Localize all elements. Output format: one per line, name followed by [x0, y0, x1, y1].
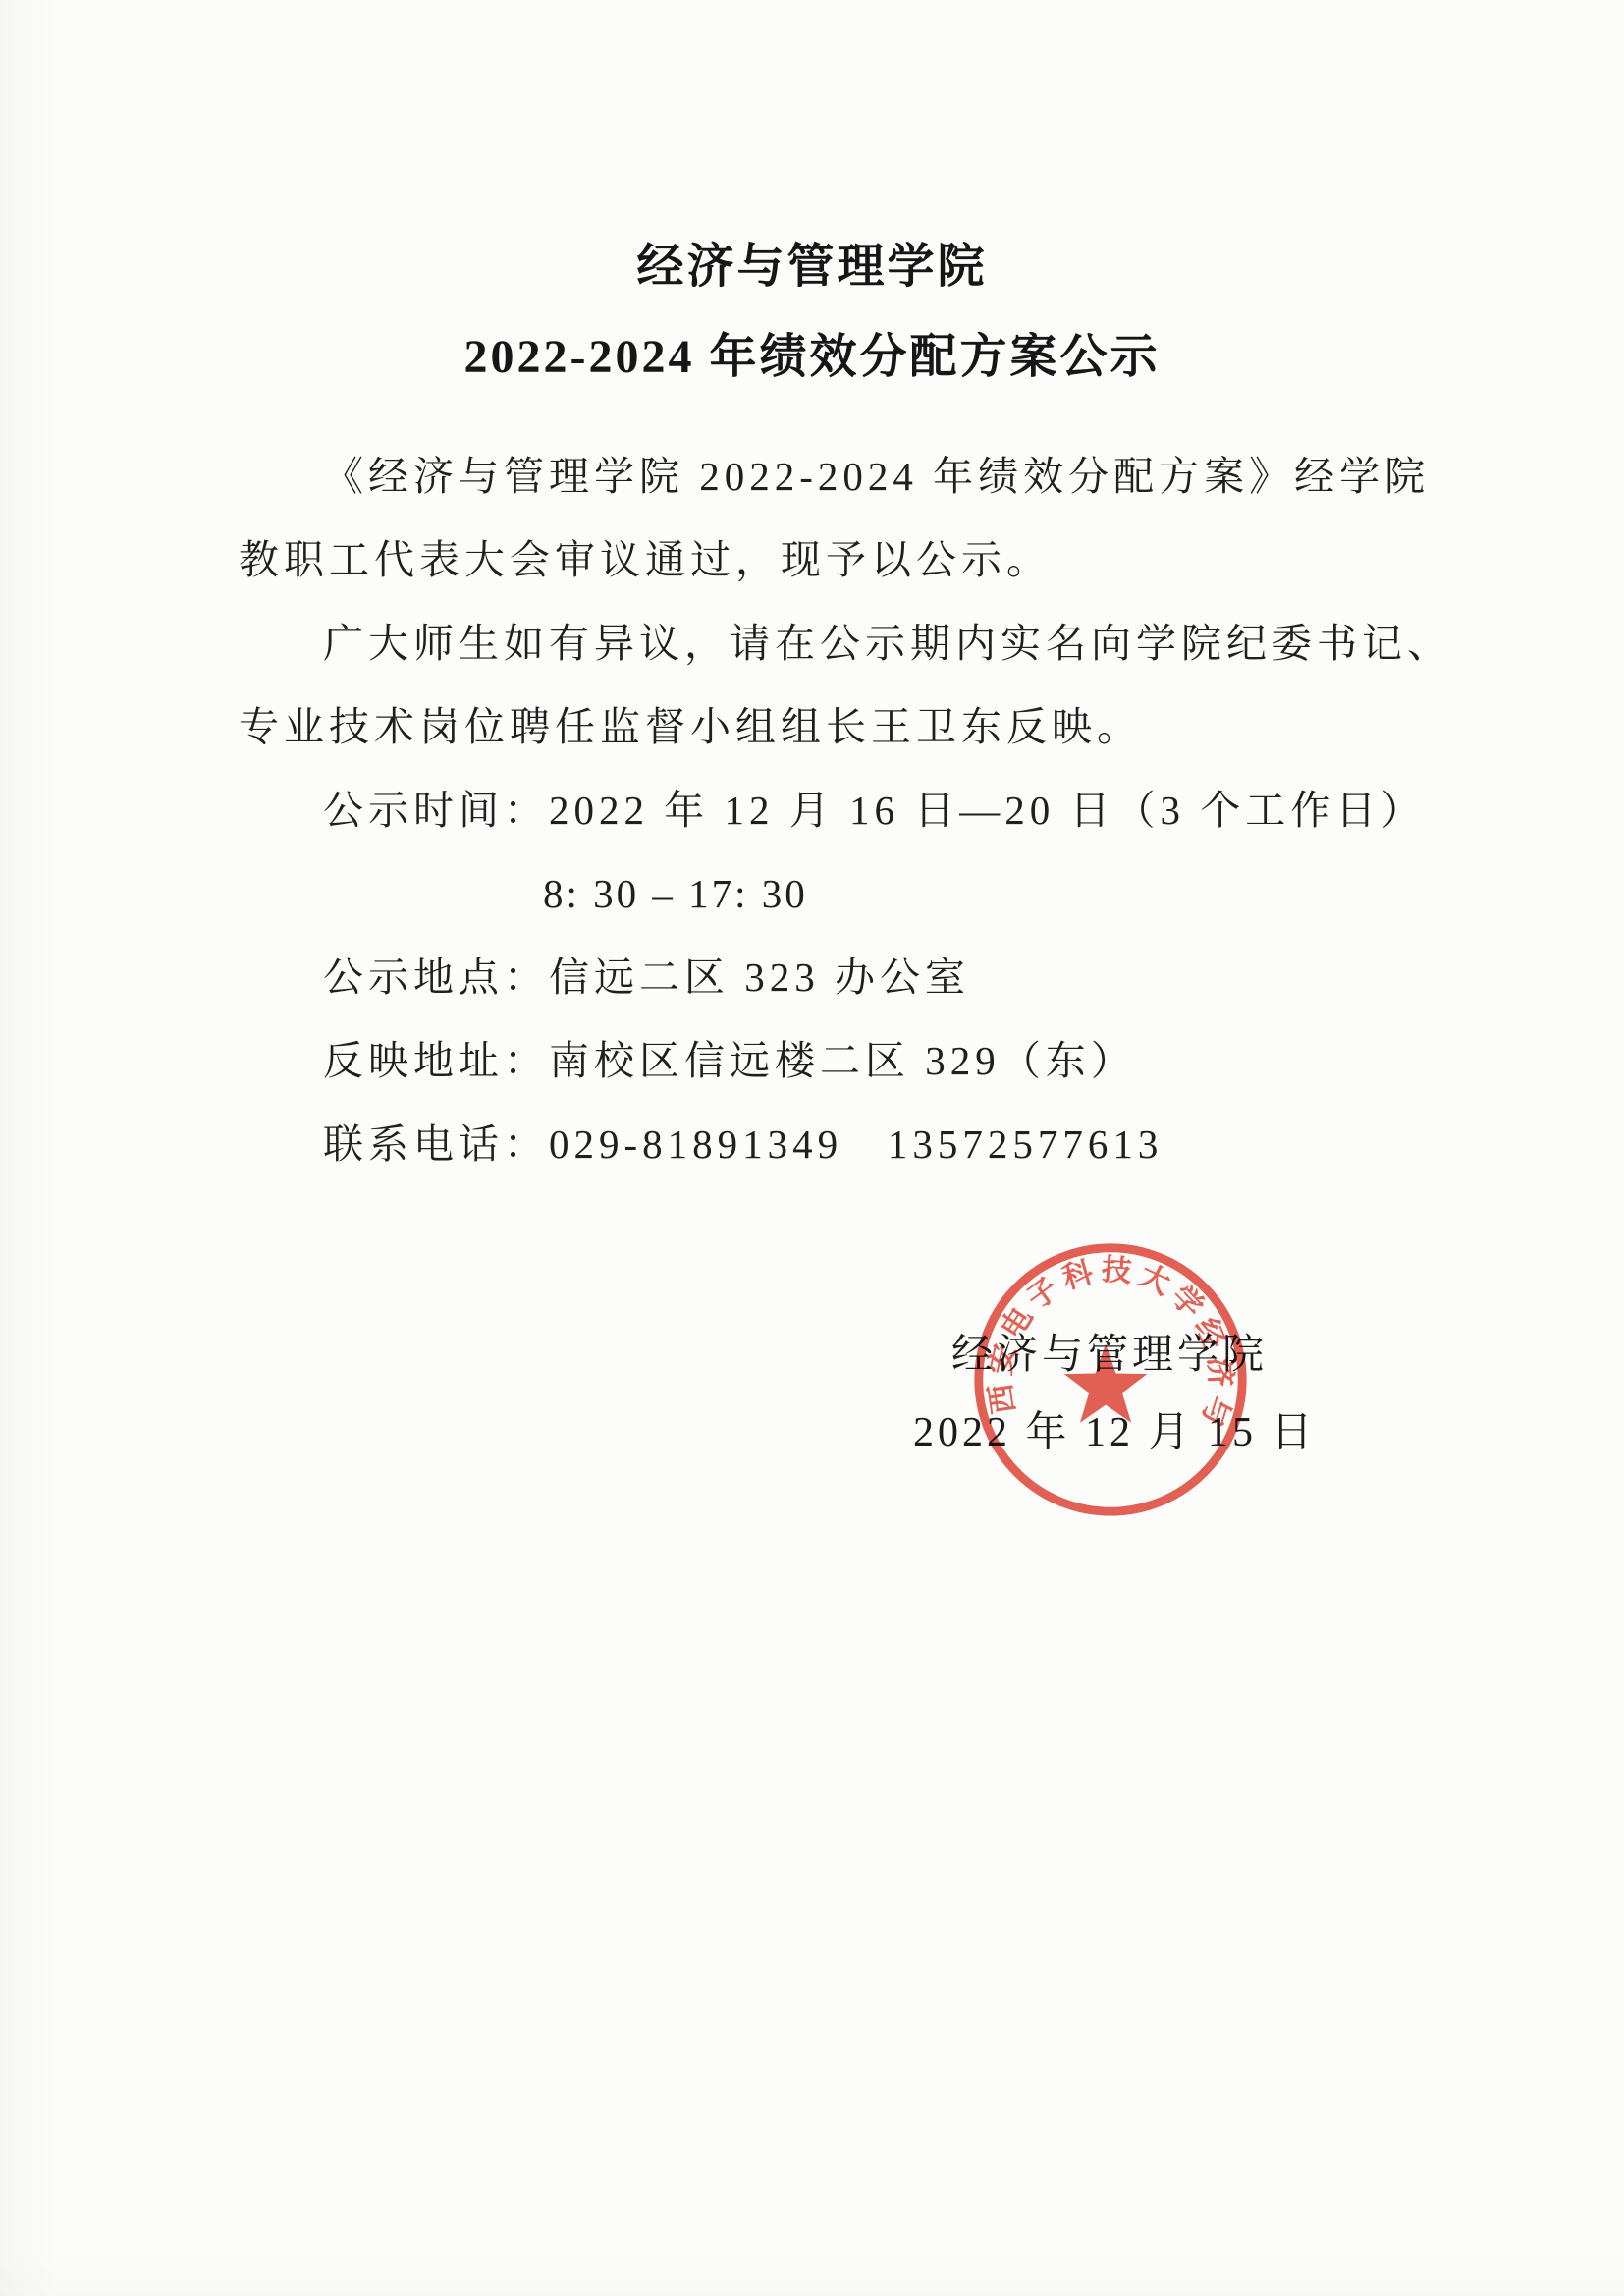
body-line: 《经济与管理学院 2022-2024 年绩效分配方案》经学院	[239, 435, 1393, 519]
contact-phone-line: 联系电话：029-81891349 13572577613	[239, 1103, 1393, 1186]
body-line: 专业技术岗位聘任监督小组组长王卫东反映。	[239, 685, 1393, 769]
notice-hours-line: 8: 30 – 17: 30	[239, 852, 1393, 936]
signature-org: 经济与管理学院	[913, 1317, 1306, 1394]
document-body: 《经济与管理学院 2022-2024 年绩效分配方案》经学院 教职工代表大会审议…	[239, 435, 1393, 1186]
feedback-address-line: 反映地址：南校区信远楼二区 329（东）	[239, 1019, 1393, 1103]
signature-block: 经济与管理学院 2022 年 12 月 15 日	[913, 1317, 1306, 1472]
signature-date: 2022 年 12 月 15 日	[913, 1394, 1306, 1472]
notice-time-line: 公示时间：2022 年 12 月 16 日—20 日（3 个工作日）	[239, 769, 1393, 852]
title-line-2: 2022-2024 年绩效分配方案公示	[0, 312, 1624, 403]
body-line: 广大师生如有异议，请在公示期内实名向学院纪委书记、	[239, 602, 1393, 685]
title-line-1: 经济与管理学院	[0, 222, 1624, 312]
notice-location-line: 公示地点：信远二区 323 办公室	[239, 936, 1393, 1019]
scanned-document-page: 经济与管理学院 2022-2024 年绩效分配方案公示 《经济与管理学院 202…	[0, 0, 1624, 2296]
body-line: 教职工代表大会审议通过，现予以公示。	[239, 519, 1393, 602]
document-title: 经济与管理学院 2022-2024 年绩效分配方案公示	[0, 222, 1624, 403]
